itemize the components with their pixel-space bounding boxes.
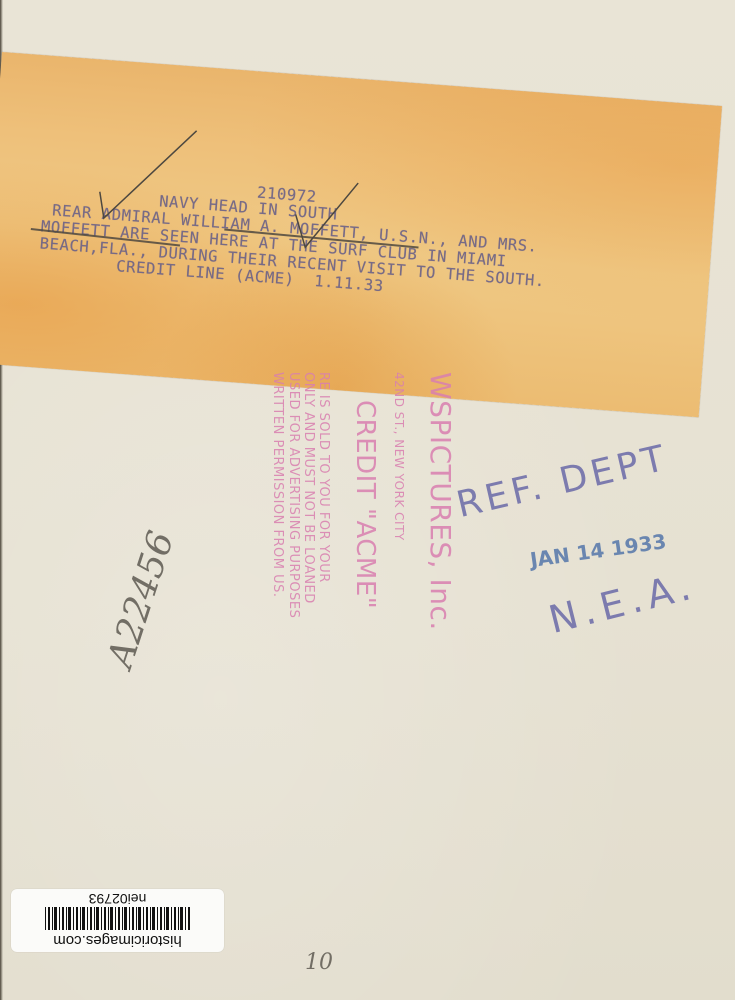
pencil-checkmark-icon <box>89 119 207 237</box>
barcode-label: historicimages.com nei02793 <box>11 889 224 952</box>
barcode-id: nei02793 <box>11 891 224 907</box>
stamp-company: WSPICTURES, Inc. <box>424 372 457 631</box>
pencil-checkmark-icon <box>282 174 369 270</box>
barcode-icon <box>44 907 190 930</box>
pencil-page-number: 10 <box>305 950 333 975</box>
stamp-terms-1: RE IS SOLD TO YOU FOR YOUR <box>316 372 331 583</box>
acme-newspictures-stamp: WSPICTURES, Inc. 42ND ST., NEW YORK CITY… <box>262 372 462 702</box>
stamp-terms-3: USED FOR ADVERTISING PURPOSES <box>286 372 301 618</box>
stamp-terms-4: WRITTEN PERMISSION FROM US. <box>270 372 285 598</box>
caption-clipping: 210972 NAVY HEAD IN SOUTH REAR ADMIRAL W… <box>0 52 722 417</box>
stamp-address: 42ND ST., NEW YORK CITY <box>392 372 406 541</box>
stamp-credit: CREDIT "ACME" <box>350 400 380 609</box>
stamp-terms-2: ONLY AND MUST NOT BE LOANED <box>301 372 316 604</box>
barcode-site: historicimages.com <box>11 932 224 949</box>
